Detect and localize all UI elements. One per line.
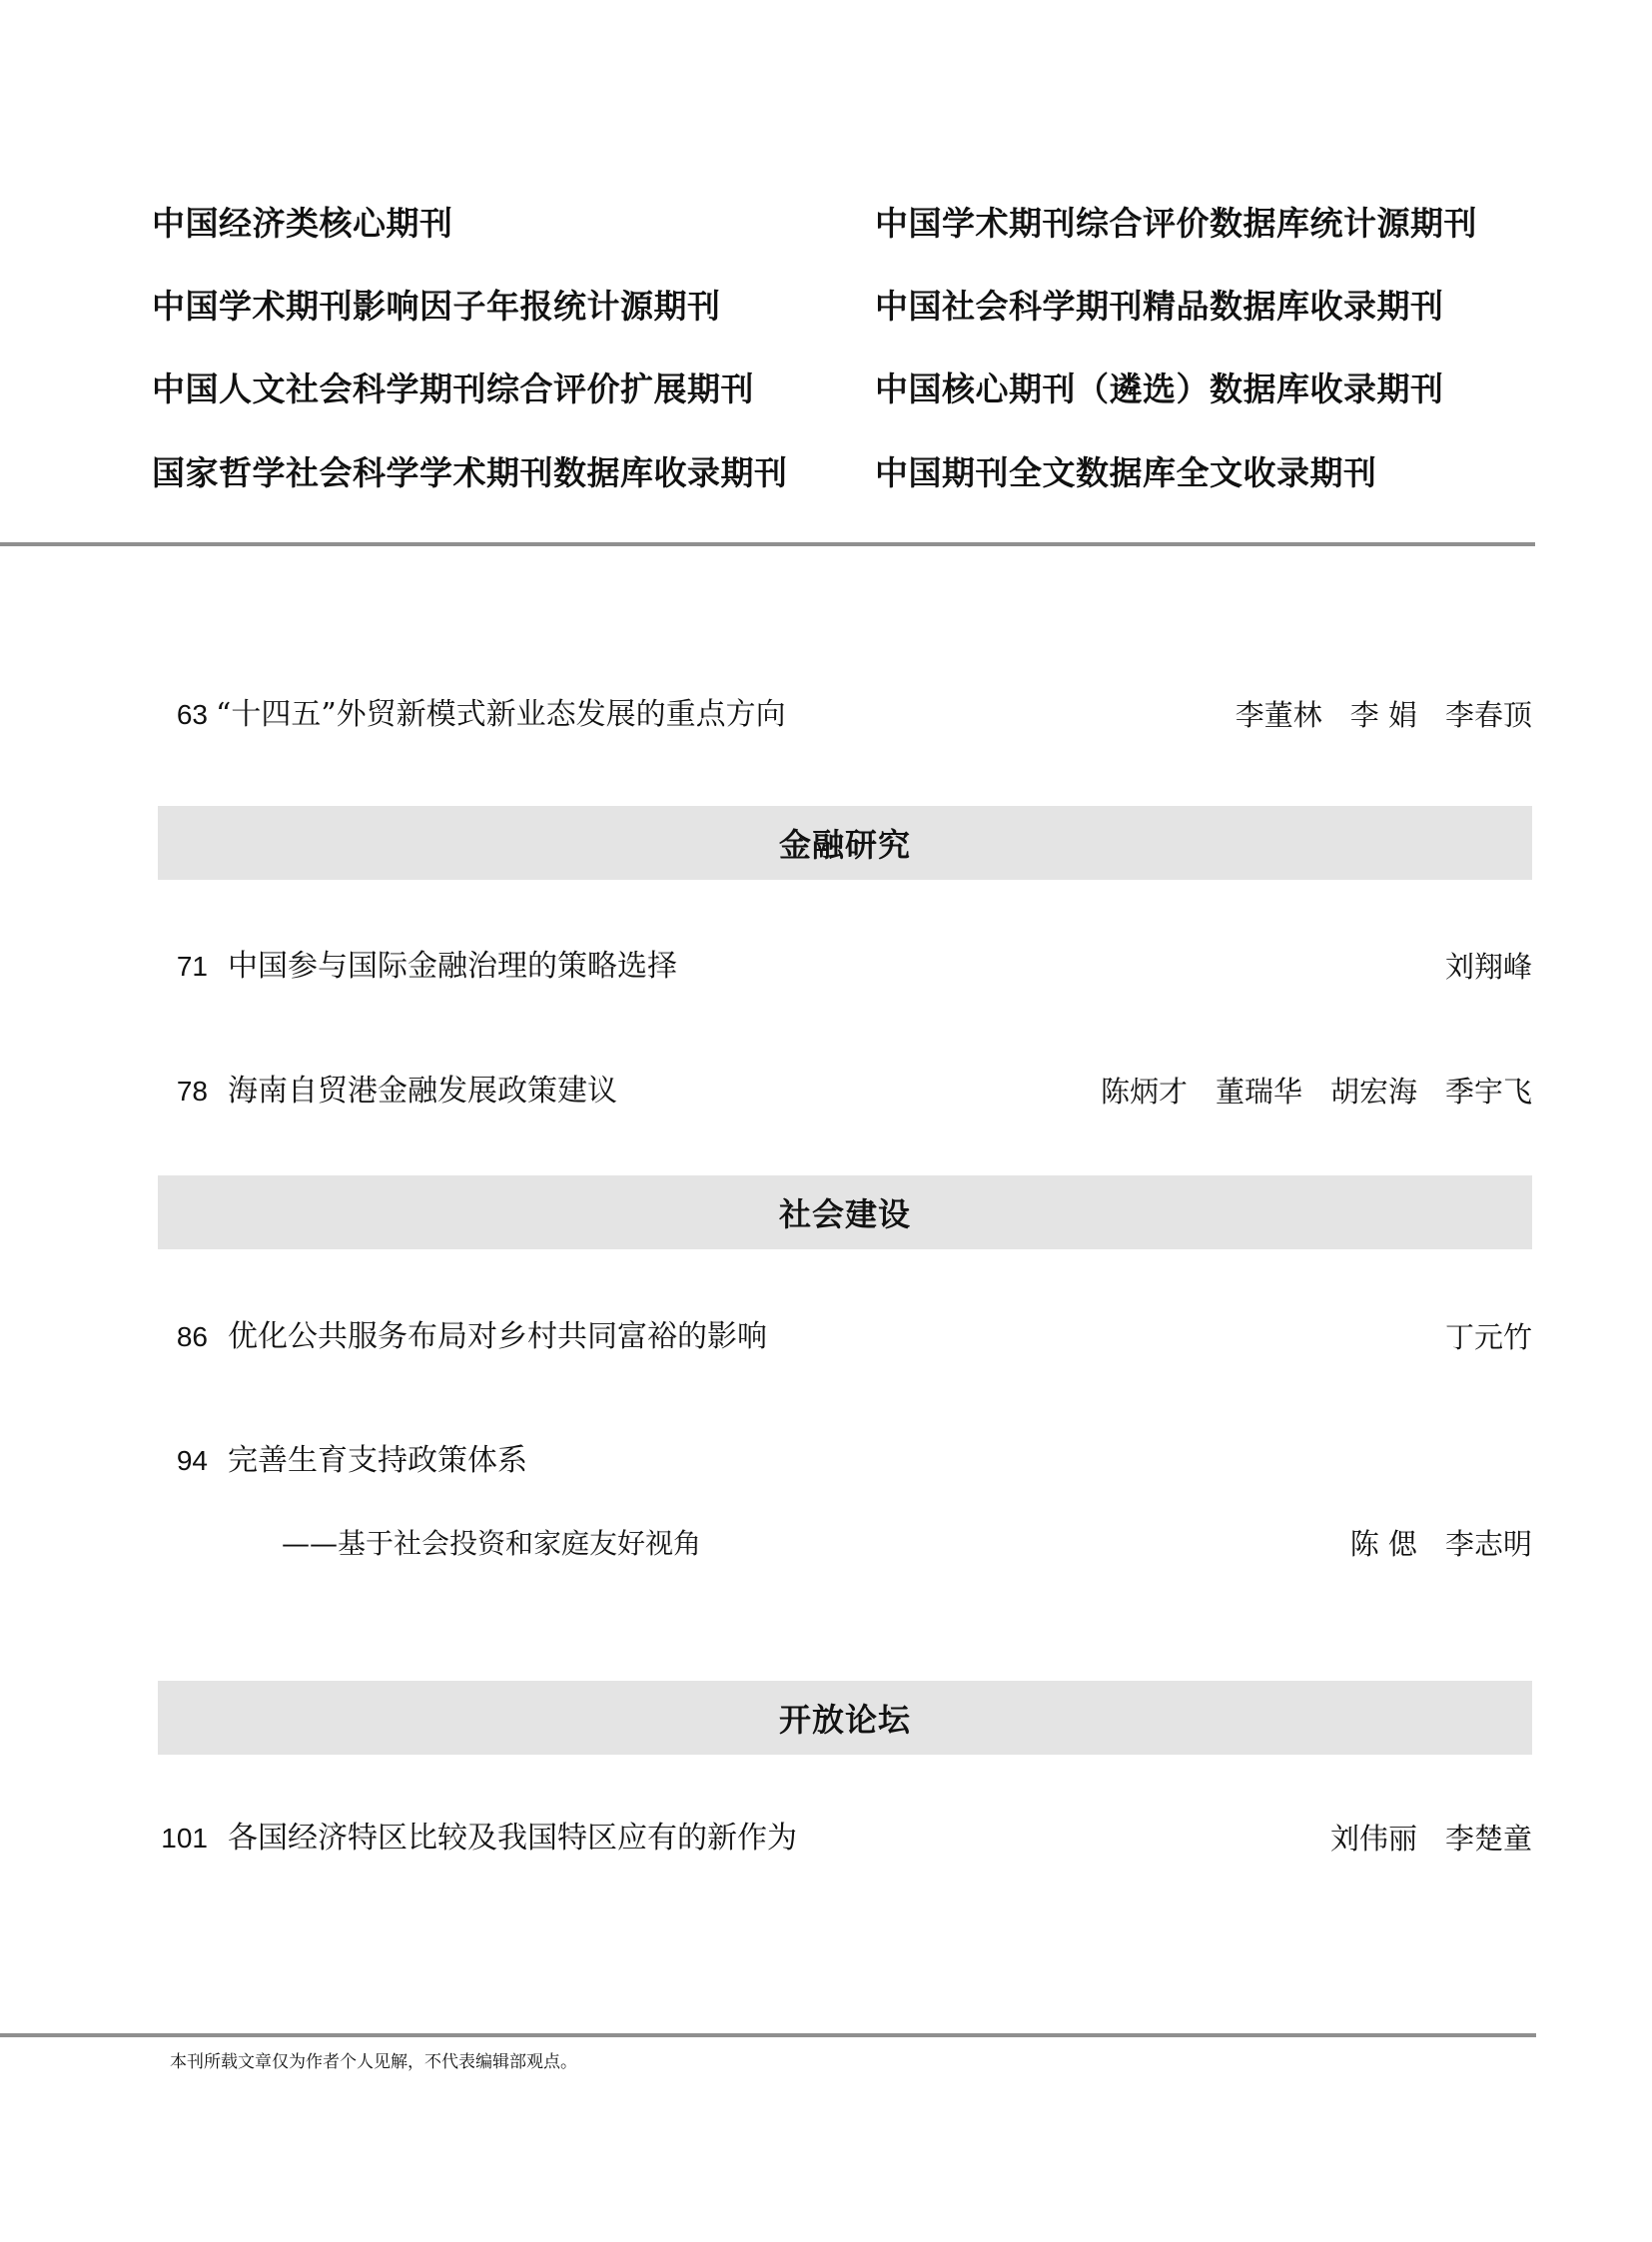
top-divider [0, 542, 1535, 546]
indexing-item: 中国社会科学期刊精品数据库收录期刊 [875, 287, 1444, 327]
article-authors: 刘伟丽 李楚童 [1330, 1817, 1532, 1861]
article-authors: 刘翔峰 [1445, 945, 1532, 989]
toc-entry[interactable]: 86 优化公共服务布局对乡村共同富裕的影响 丁元竹 [0, 1315, 1652, 1359]
toc-entry-subtitle-row[interactable]: ——基于社会投资和家庭友好视角 陈 偲 李志明 [0, 1522, 1652, 1566]
indexing-item: 中国经济类核心期刊 [152, 204, 453, 244]
toc-entry[interactable]: 94 完善生育支持政策体系 [0, 1439, 1652, 1483]
section-title: 金融研究 [779, 820, 911, 866]
article-authors: 李董林 李 娟 李春顶 [1236, 693, 1532, 737]
article-title[interactable]: 优化公共服务布局对乡村共同富裕的影响 [228, 1315, 767, 1359]
page-number: 78 [177, 1070, 208, 1114]
page-number: 101 [161, 1817, 208, 1861]
indexing-item: 中国核心期刊（遴选）数据库收录期刊 [875, 370, 1444, 409]
section-header-forum: 开放论坛 [158, 1681, 1532, 1755]
author: 刘伟丽 [1330, 1817, 1417, 1861]
author: 丁元竹 [1445, 1315, 1532, 1359]
author: 陈炳才 [1101, 1070, 1188, 1114]
article-title[interactable]: “十四五”外贸新模式新业态发展的重点方向 [216, 693, 786, 737]
author: 董瑞华 [1216, 1070, 1302, 1114]
page-number: 71 [177, 945, 208, 989]
article-title[interactable]: 海南自贸港金融发展政策建议 [228, 1070, 617, 1114]
page-number: 94 [177, 1439, 208, 1483]
indexing-item: 国家哲学社会科学学术期刊数据库收录期刊 [152, 453, 788, 493]
author: 李董林 [1236, 693, 1322, 737]
indexing-item: 中国人文社会科学期刊综合评价扩展期刊 [152, 370, 754, 409]
author: 胡宏海 [1330, 1070, 1417, 1114]
author: 李 娟 [1350, 693, 1417, 737]
indexing-item: 中国学术期刊综合评价数据库统计源期刊 [875, 204, 1477, 244]
disclaimer-note: 本刊所载文章仅为作者个人见解，不代表编辑部观点。 [170, 2047, 577, 2072]
author: 陈 偲 [1350, 1522, 1417, 1566]
toc-entry[interactable]: 63 “十四五”外贸新模式新业态发展的重点方向 李董林 李 娟 李春顶 [0, 693, 1652, 737]
author: 李楚童 [1445, 1817, 1532, 1861]
section-header-finance: 金融研究 [158, 806, 1532, 880]
article-title[interactable]: 完善生育支持政策体系 [228, 1439, 527, 1483]
article-authors: 陈 偲 李志明 [1350, 1522, 1532, 1566]
author: 季宇飞 [1445, 1070, 1532, 1114]
page-number: 86 [177, 1315, 208, 1359]
article-title[interactable]: 中国参与国际金融治理的策略选择 [228, 945, 677, 989]
bottom-divider [0, 2033, 1536, 2037]
author: 李志明 [1445, 1522, 1532, 1566]
toc-entry[interactable]: 78 海南自贸港金融发展政策建议 陈炳才 董瑞华 胡宏海 季宇飞 [0, 1070, 1652, 1114]
section-title: 社会建设 [779, 1189, 911, 1235]
toc-entry[interactable]: 71 中国参与国际金融治理的策略选择 刘翔峰 [0, 945, 1652, 989]
section-title: 开放论坛 [779, 1695, 911, 1741]
article-authors: 丁元竹 [1445, 1315, 1532, 1359]
indexing-item: 中国期刊全文数据库全文收录期刊 [875, 453, 1377, 493]
article-title[interactable]: 各国经济特区比较及我国特区应有的新作为 [228, 1817, 797, 1861]
section-header-social: 社会建设 [158, 1175, 1532, 1249]
article-subtitle[interactable]: ——基于社会投资和家庭友好视角 [282, 1522, 701, 1566]
indexing-item: 中国学术期刊影响因子年报统计源期刊 [152, 287, 721, 327]
article-authors: 陈炳才 董瑞华 胡宏海 季宇飞 [1101, 1070, 1532, 1114]
toc-entry[interactable]: 101 各国经济特区比较及我国特区应有的新作为 刘伟丽 李楚童 [0, 1817, 1652, 1861]
author: 李春顶 [1445, 693, 1532, 737]
author: 刘翔峰 [1445, 945, 1532, 989]
page-number: 63 [177, 693, 208, 737]
